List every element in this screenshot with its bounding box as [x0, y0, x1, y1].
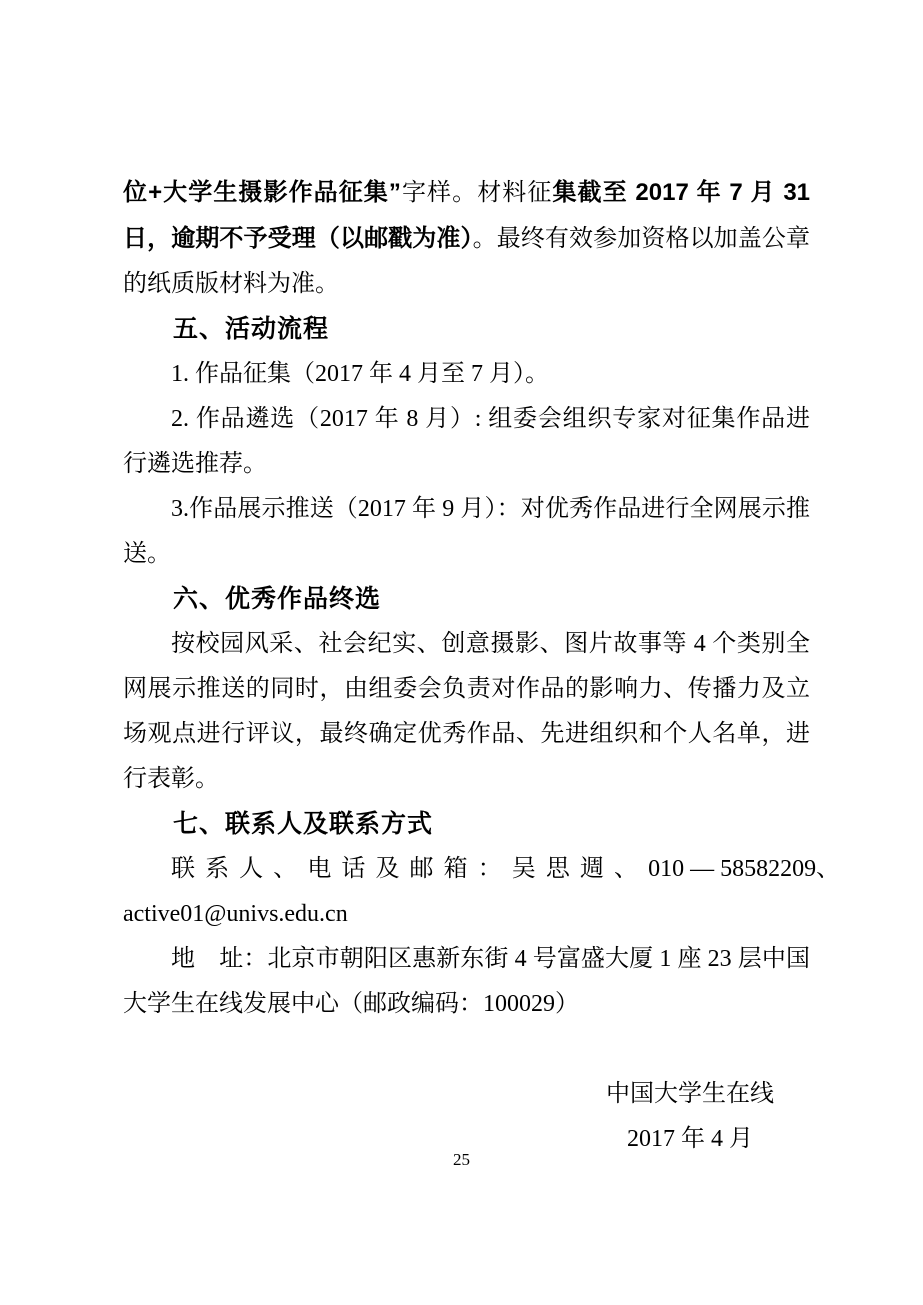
plain-text: 字样。材料征 — [401, 180, 553, 206]
section5-item-3: 3.作品展示推送（2017 年 9 月）：对优秀作品进行全网展示推送。 — [123, 487, 810, 577]
contact-email: active01@univs.edu.cn — [123, 892, 810, 937]
contact-prefix-text: 联系人、电话及邮箱：吴思週、 — [171, 856, 648, 882]
section5-item-2: 2. 作品遴选（2017 年 8 月）: 组委会组织专家对征集作品进行遴选推荐。 — [123, 397, 810, 487]
section5-item-1: 1. 作品征集（2017 年 4 月至 7 月）。 — [123, 352, 810, 397]
signature-block: 中国大学生在线 2017 年 4 月 — [570, 1072, 810, 1162]
entry-label-bold-text: 位+大学生摄影作品征集” — [123, 179, 401, 206]
document-content: 位+大学生摄影作品征集”字样。材料征集截至 2017 年 7 月 31 日，逾期… — [123, 170, 810, 1162]
document-page: 位+大学生摄影作品征集”字样。材料征集截至 2017 年 7 月 31 日，逾期… — [0, 0, 923, 1305]
page-number: 25 — [0, 1150, 923, 1170]
section5-heading: 五、活动流程 — [123, 307, 810, 352]
contact-suffix-text: 、 — [816, 856, 850, 882]
contact-phone-text: 010 — 58582209 — [648, 856, 816, 882]
address-paragraph: 地 址：北京市朝阳区惠新东街 4 号富盛大厦 1 座 23 层中国大学生在线发展… — [123, 937, 810, 1027]
section6-heading: 六、优秀作品终选 — [123, 577, 810, 622]
section7-heading: 七、联系人及联系方式 — [123, 802, 810, 847]
contact-line: 联系人、电话及邮箱：吴思週、010 — 58582209、 — [123, 847, 810, 892]
signature-org: 中国大学生在线 — [570, 1072, 810, 1117]
continuation-paragraph: 位+大学生摄影作品征集”字样。材料征集截至 2017 年 7 月 31 日，逾期… — [123, 170, 810, 307]
section6-paragraph: 按校园风采、社会纪实、创意摄影、图片故事等 4 个类别全网展示推送的同时，由组委… — [123, 622, 810, 802]
